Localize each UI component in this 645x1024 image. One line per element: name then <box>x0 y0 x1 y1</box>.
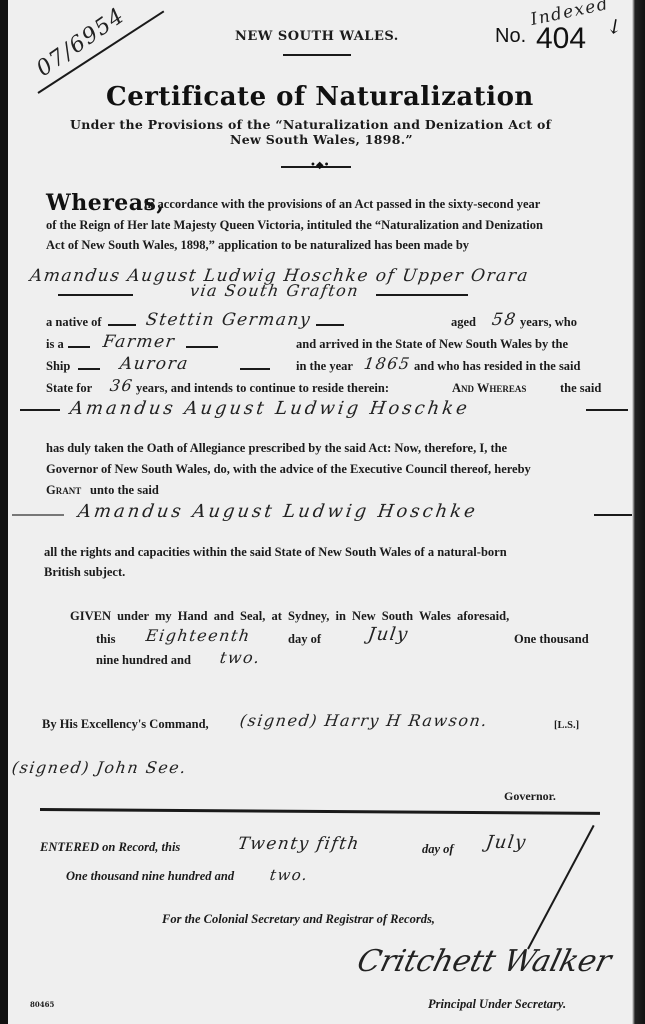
one-thousand-label: One thousand <box>514 632 589 647</box>
scan-border-left <box>0 0 8 1024</box>
years-who-label: years, who <box>520 315 577 330</box>
ornament-icon: •◆• <box>310 160 330 171</box>
oath-line: has duly taken the Oath of Allegiance pr… <box>46 441 507 456</box>
given-day: Eighteenth <box>145 626 252 645</box>
native-of-value: Stettin Germany <box>145 310 313 330</box>
subtitle-line1: Under the Provisions of the “Naturalizat… <box>70 117 551 132</box>
tick-arrow-icon: ↙ <box>601 11 628 40</box>
years-resided-value: 36 <box>109 376 135 395</box>
nine-hundred-label: nine hundred and <box>96 653 191 668</box>
rights-line2: British subject. <box>44 565 125 580</box>
fill-rule <box>376 294 468 296</box>
preamble-line2: of the Reign of Her late Majesty Queen V… <box>46 218 543 233</box>
secretary-signature: (signed) John See. <box>11 758 189 777</box>
entered-day: Twenty fifth <box>237 834 362 854</box>
governor-line: Governor of New South Wales, do, with th… <box>46 462 531 477</box>
fill-rule <box>78 368 100 370</box>
fill-rule <box>240 368 270 370</box>
ship-value: Aurora <box>119 354 191 374</box>
resided-text: and who has resided in the said <box>414 359 581 374</box>
state-heading: NEW SOUTH WALES. <box>235 29 399 44</box>
certificate-title: Certificate of Naturalization <box>106 82 534 112</box>
is-a-label: is a <box>46 337 64 352</box>
position-label: Principal Under Secretary. <box>428 997 566 1012</box>
preamble-line3: Act of New South Wales, 1898,” applicati… <box>46 238 469 253</box>
ship-label: Ship <box>46 359 70 374</box>
aged-label: aged <box>451 315 476 330</box>
governor-signature: (signed) Harry H Rawson. <box>239 711 490 730</box>
entered-month: July <box>485 832 529 853</box>
fill-rule <box>108 324 136 326</box>
intends-text: years, and intends to continue to reside… <box>136 381 389 396</box>
seal-marker: [L.S.] <box>554 720 579 731</box>
in-year-label: in the year <box>296 359 353 374</box>
command-label: By His Excellency's Command, <box>42 717 209 732</box>
entered-label: ENTERED on Record, this <box>40 840 180 855</box>
preamble-line1: in accordance with the provisions of an … <box>144 197 540 212</box>
fill-rule <box>58 294 133 296</box>
occupation-value: Farmer <box>102 332 177 352</box>
fill-rule <box>586 409 628 411</box>
rights-line1: all the rights and capacities within the… <box>44 545 507 560</box>
given-year: two. <box>219 648 262 667</box>
given-month: July <box>367 624 411 645</box>
form-number: 80465 <box>30 1000 54 1009</box>
this-label: this <box>96 632 115 647</box>
certificate-page: 07/6954 Indexed ↙ NEW SOUTH WALES. No. 4… <box>8 0 632 1024</box>
section-rule <box>40 808 600 815</box>
colonial-secretary-label: For the Colonial Secretary and Registrar… <box>162 912 435 927</box>
heading-rule <box>283 54 351 56</box>
and-whereas: And Whereas <box>452 381 526 396</box>
number-label: No. <box>495 25 526 48</box>
fill-rule <box>68 346 90 348</box>
state-for-label: State for <box>46 381 92 396</box>
arrival-year-value: 1865 <box>363 354 412 373</box>
entered-day-of: day of <box>422 842 454 857</box>
tick-mark-stroke <box>527 825 594 950</box>
applicant-name-repeat: Amandus August Ludwig Hoschke <box>69 398 472 419</box>
unto-the-said: unto the said <box>90 483 159 498</box>
governor-label: Governor. <box>504 789 556 804</box>
applicant-address-line2: via South Grafton <box>189 281 361 300</box>
certificate-number: 404 <box>536 22 586 56</box>
age-value: 58 <box>491 310 518 330</box>
arrived-text: and arrived in the State of New South Wa… <box>296 337 568 352</box>
grant-word: Grant <box>46 483 81 498</box>
under-secretary-signature: Critchett Walker <box>354 944 615 979</box>
grantee-name: Amandus August Ludwig Hoschke <box>77 501 480 522</box>
subtitle-line2: New South Wales, 1898.” <box>230 132 413 147</box>
fill-rule <box>316 324 344 326</box>
the-said-label: the said <box>560 381 601 396</box>
entered-year-label: One thousand nine hundred and <box>66 869 234 884</box>
entered-year: two. <box>269 866 310 884</box>
given-line: GIVEN under my Hand and Seal, at Sydney,… <box>70 609 509 624</box>
scan-border-right <box>632 0 645 1024</box>
fill-rule <box>12 514 64 516</box>
day-of-label: day of <box>288 632 321 647</box>
native-of-label: a native of <box>46 315 102 330</box>
fill-rule <box>186 346 218 348</box>
fill-rule <box>20 409 60 411</box>
fill-rule <box>594 514 632 516</box>
